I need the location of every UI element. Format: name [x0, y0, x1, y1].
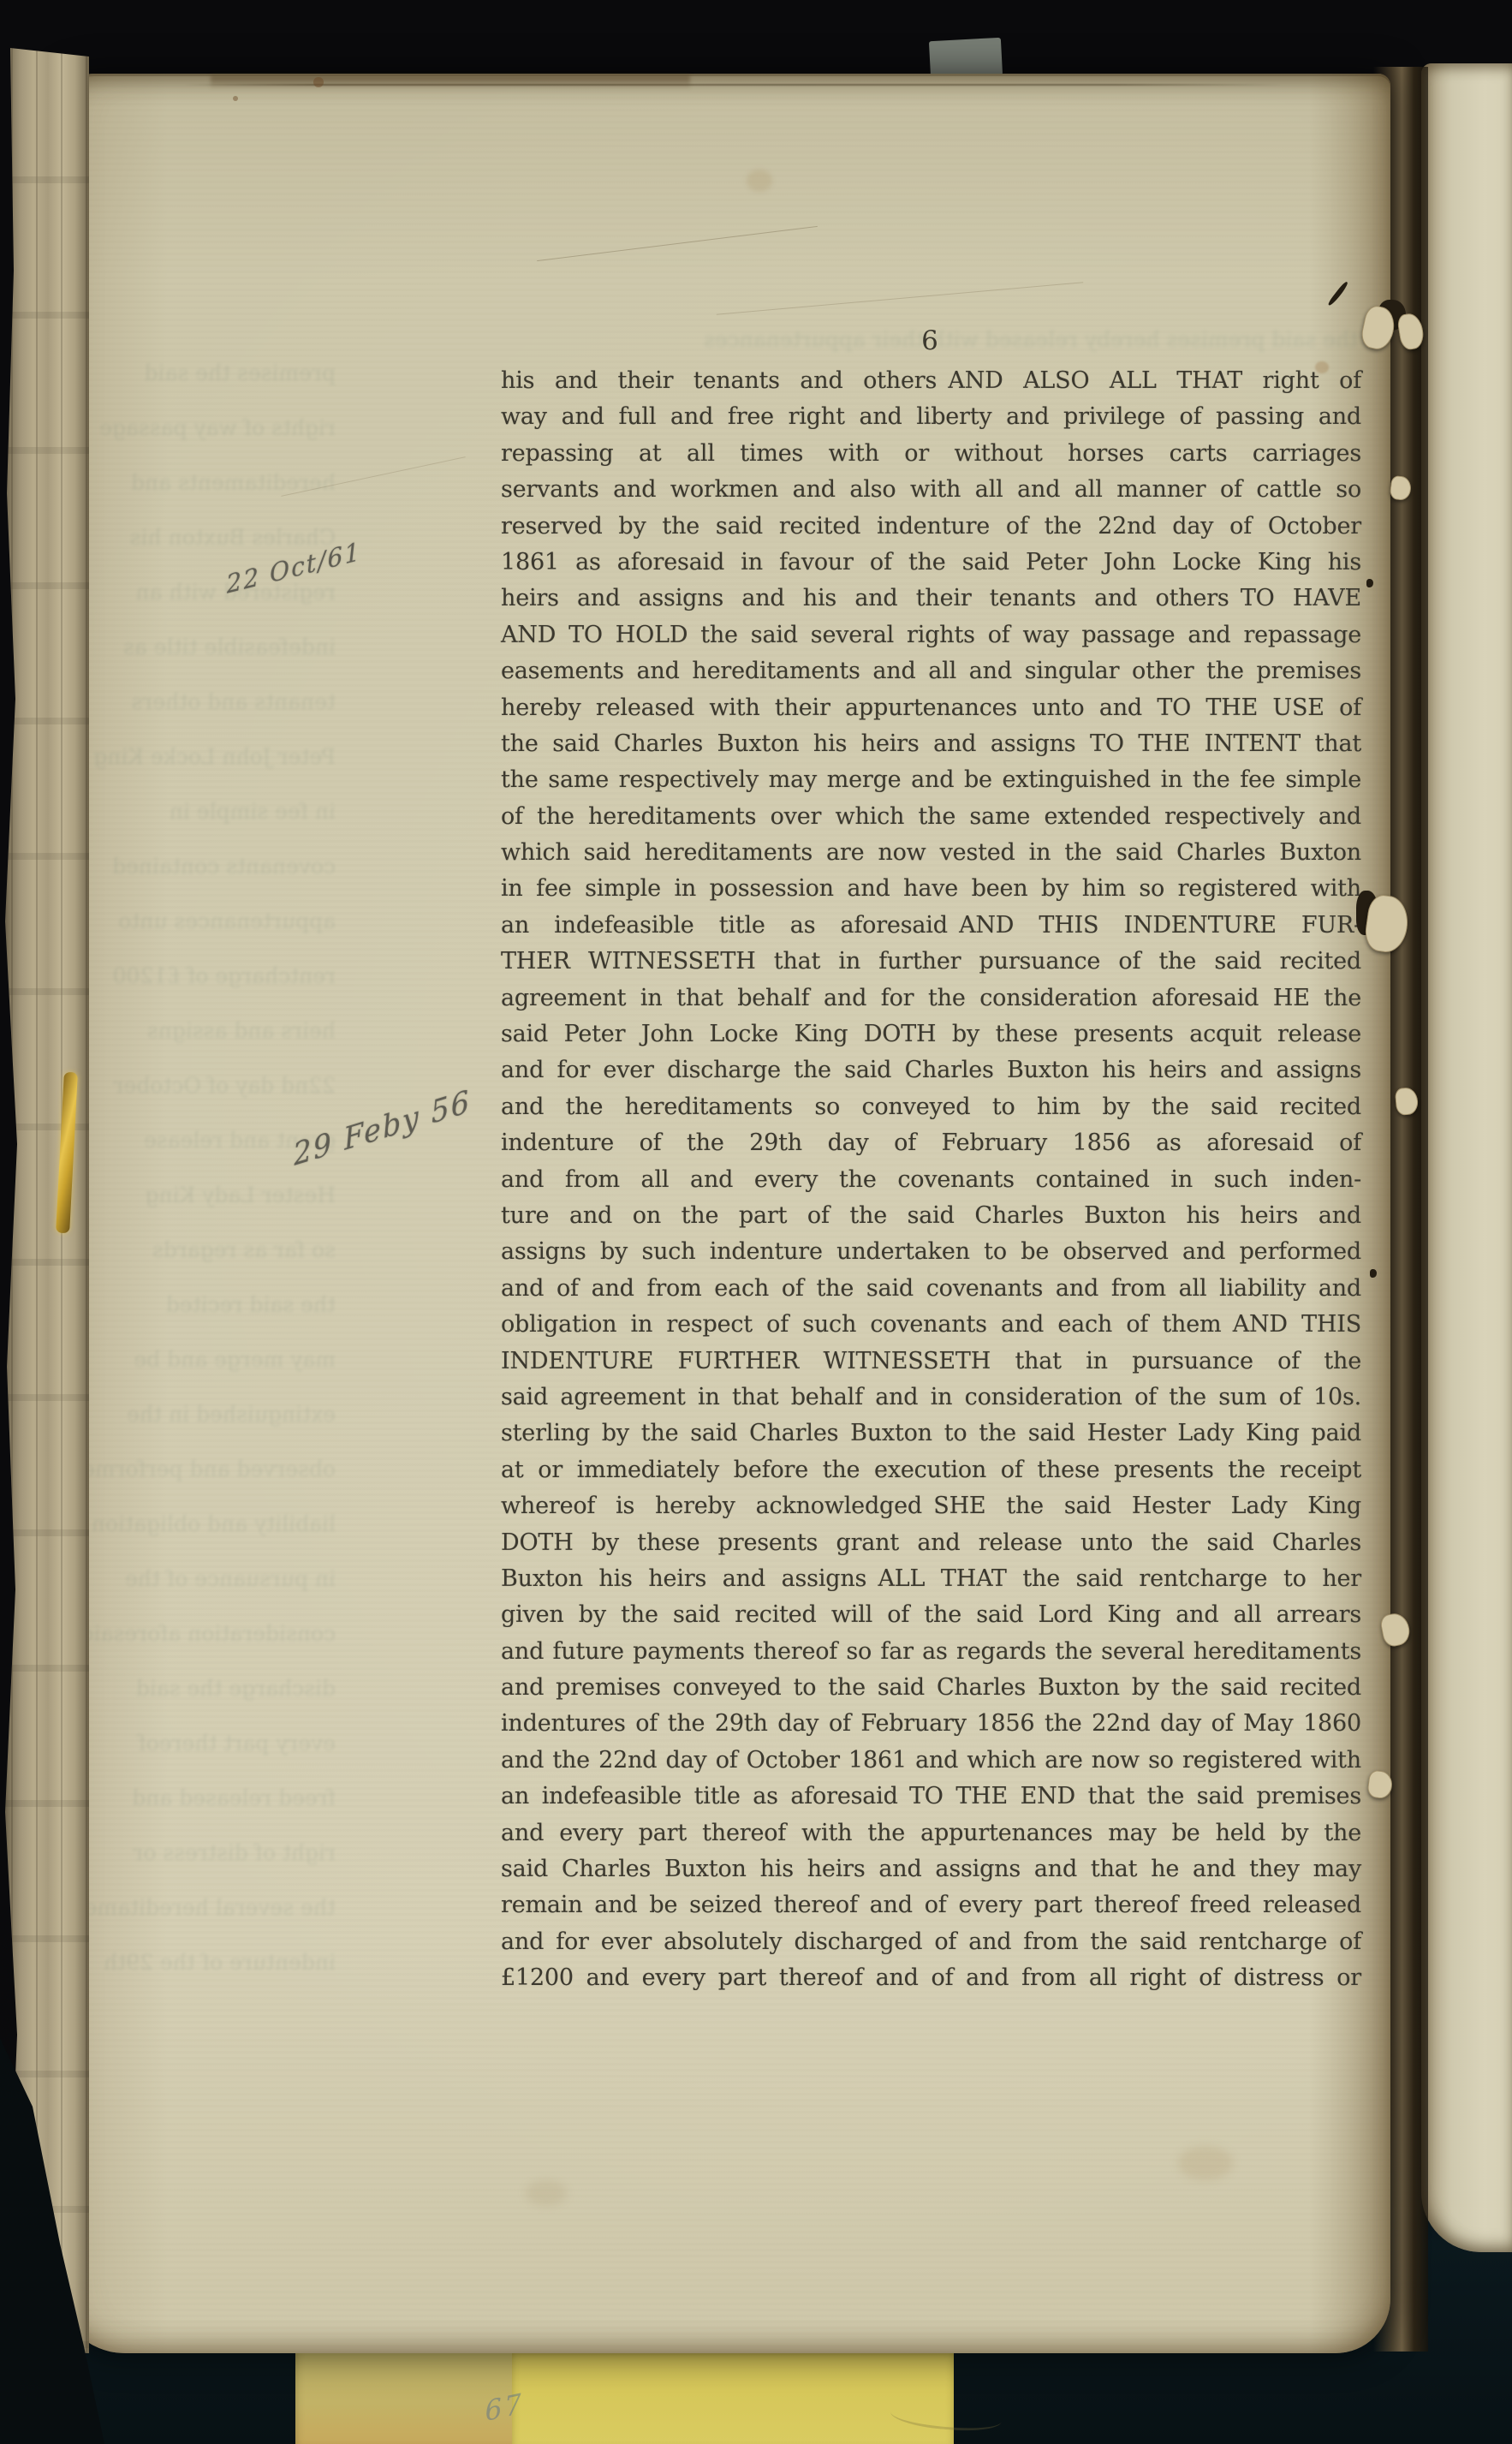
- text-line: and the 22nd day of October 1861 and whi…: [501, 1743, 1361, 1779]
- show-through-line: the several hereditaments: [70, 1881, 336, 1935]
- text-line: and of and from each of the said covenan…: [501, 1271, 1361, 1307]
- text-line: remain and be seized thereof and of ever…: [501, 1887, 1361, 1923]
- text-line: which said hereditaments are now vested …: [501, 835, 1361, 871]
- text-line: DOTH by these presents grant and release…: [501, 1525, 1361, 1561]
- show-through-line: in fee simple in: [70, 784, 336, 839]
- show-through-line: discharge the said: [70, 1661, 336, 1716]
- text-line: reserved by the said recited indenture o…: [501, 509, 1361, 545]
- text-line: way and full and free right and liberty …: [501, 399, 1361, 435]
- text-line: an indefeasible title as aforesaid TO TH…: [501, 1779, 1361, 1815]
- show-through-line: freed released and: [70, 1771, 336, 1826]
- yellow-slip-right: [512, 2348, 954, 2444]
- text-line: at or immediately before the execution o…: [501, 1452, 1361, 1488]
- show-through-line: in pursuance of the: [70, 1552, 336, 1606]
- show-through-line: right of distress or: [70, 1826, 336, 1881]
- text-line: heirs and assigns and his and their tena…: [501, 581, 1361, 617]
- show-through-line: rentcharge of £1200: [70, 949, 336, 1004]
- text-line: indenture of the 29th day of February 18…: [501, 1125, 1361, 1161]
- show-through-line: Hester Lady King: [70, 1168, 336, 1223]
- scratch-mark: [537, 226, 818, 261]
- show-through-line: liability and obligation: [70, 1497, 336, 1552]
- page-edge-stack-texture: [0, 48, 89, 2353]
- text-line: whereof is hereby acknowledged SHE the s…: [501, 1488, 1361, 1524]
- scanned-book-page: 67 the said premises hereby released wit…: [0, 0, 1512, 2444]
- foxing-spot: [1178, 2146, 1233, 2180]
- show-through-line: indenture of the 29th: [70, 1935, 336, 1990]
- text-line: the said Charles Buxton his heirs and as…: [501, 726, 1361, 762]
- text-line: of the hereditaments over which the same…: [501, 799, 1361, 835]
- show-through-line: consideration aforesaid: [70, 1606, 336, 1661]
- show-through-line: appurtenances unto: [70, 894, 336, 949]
- facing-page-edge: [1421, 63, 1512, 2252]
- foxing-spot: [233, 96, 238, 101]
- show-through-column: premises the saidrights of way passagehe…: [70, 346, 336, 2127]
- text-line: indentures of the 29th day of February 1…: [501, 1706, 1361, 1742]
- show-through-line: extinguished in the: [70, 1387, 336, 1442]
- text-line: and every part thereof with the appurten…: [501, 1815, 1361, 1851]
- foxing-spot: [526, 2180, 567, 2206]
- scratch-mark: [717, 282, 1083, 314]
- text-line: and premises conveyed to the said Charle…: [501, 1670, 1361, 1706]
- text-line: £1200 and every part thereof and of and …: [501, 1960, 1361, 1996]
- show-through-line: 22nd day of October: [70, 1058, 336, 1113]
- text-line: and from all and every the covenants con…: [501, 1162, 1361, 1198]
- gray-tab: [929, 38, 1003, 79]
- show-through-line: hereditaments and: [70, 456, 336, 510]
- show-through-line: indefeasible title as: [70, 620, 336, 675]
- show-through-line: premises the said: [70, 346, 336, 401]
- text-line: THER WITNESSETH that in further pursuanc…: [501, 944, 1361, 980]
- text-line: and future payments thereof so far as re…: [501, 1634, 1361, 1670]
- text-line: and the hereditaments so conveyed to him…: [501, 1089, 1361, 1125]
- show-through-line: covenants contained: [70, 839, 336, 894]
- page-top-smudge: [211, 75, 690, 89]
- text-line: agreement in that behalf and for the con…: [501, 981, 1361, 1016]
- show-through-line: tenants and others: [70, 675, 336, 730]
- book-page: the said premises hereby released with t…: [57, 74, 1390, 2353]
- text-line: the same respectively may merge and be e…: [501, 762, 1361, 798]
- text-line: 1861 as aforesaid in favour of the said …: [501, 545, 1361, 581]
- text-line: and for ever absolutely discharged of an…: [501, 1924, 1361, 1960]
- show-through-line: observed and performed: [70, 1442, 336, 1497]
- text-line: INDENTURE FURTHER WITNESSETH that in pur…: [501, 1344, 1361, 1380]
- page-number: 6: [902, 325, 957, 356]
- show-through-line: the said recited: [70, 1278, 336, 1332]
- foxing-spot: [313, 77, 324, 87]
- text-line: given by the said recited will of the sa…: [501, 1597, 1361, 1633]
- text-line: obligation in respect of such covenants …: [501, 1307, 1361, 1343]
- text-line: said Peter John Locke King DOTH by these…: [501, 1016, 1361, 1052]
- text-line: hereby released with their appurtenances…: [501, 690, 1361, 726]
- text-line: his and their tenants and others AND ALS…: [501, 363, 1361, 399]
- text-line: easements and hereditaments and all and …: [501, 653, 1361, 689]
- show-through-line: every part thereof: [70, 1716, 336, 1771]
- show-through-line: rights of way passage: [70, 401, 336, 456]
- body-text: his and their tenants and others AND ALS…: [501, 363, 1361, 1997]
- text-line: said Charles Buxton his heirs and assign…: [501, 1851, 1361, 1887]
- text-line: AND TO HOLD the said several rights of w…: [501, 617, 1361, 653]
- text-line: repassing at all times with or without h…: [501, 436, 1361, 472]
- text-line: an indefeasible title as aforesaid AND T…: [501, 908, 1361, 944]
- show-through-line: Peter John Locke King: [70, 730, 336, 784]
- text-line: said agreement in that behalf and in con…: [501, 1380, 1361, 1416]
- text-line: Buxton his heirs and assigns ALL THAT th…: [501, 1561, 1361, 1597]
- text-line: and for ever discharge the said Charles …: [501, 1052, 1361, 1088]
- show-through-line: so far as regards: [70, 1223, 336, 1278]
- text-line: in fee simple in possession and have bee…: [501, 871, 1361, 907]
- text-line: ture and on the part of the said Charles…: [501, 1198, 1361, 1234]
- text-line: sterling by the said Charles Buxton to t…: [501, 1416, 1361, 1451]
- text-line: assigns by such indenture undertaken to …: [501, 1234, 1361, 1270]
- text-line: servants and workmen and also with all a…: [501, 472, 1361, 508]
- show-through-line: may merge and be: [70, 1332, 336, 1387]
- show-through-line: heirs and assigns: [70, 1004, 336, 1058]
- foxing-spot: [747, 170, 772, 192]
